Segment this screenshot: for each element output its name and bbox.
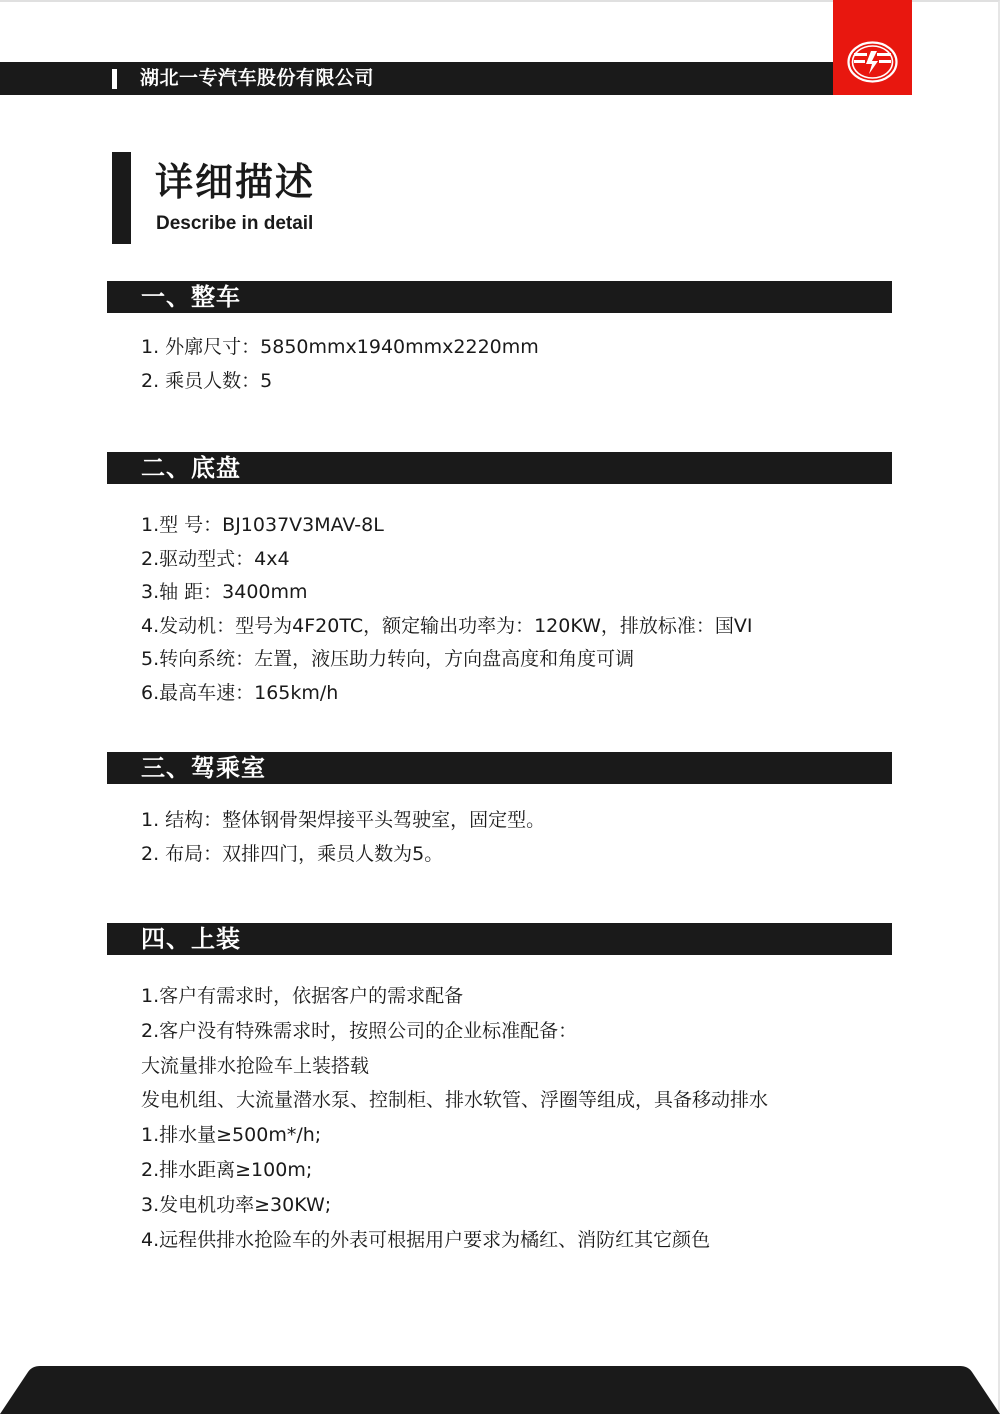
spec-line: 4.发动机：型号为4F20TC，额定输出功率为：120KW，排放标准：国VI xyxy=(141,610,753,644)
spec-line: 3.发电机功率≥30KW; xyxy=(141,1188,768,1223)
footer-band xyxy=(0,1366,1000,1414)
company-name: 湖北一专汽车股份有限公司 xyxy=(140,66,374,91)
spec-line: 6.最高车速：165km/h xyxy=(141,677,753,711)
section-body-vehicle: 1. 外廓尺寸：5850mmx1940mmx2220mm 2. 乘员人数：5 xyxy=(141,331,539,398)
spec-line: 3.轴 距：3400mm xyxy=(141,576,753,610)
spec-line: 1. 外廓尺寸：5850mmx1940mmx2220mm xyxy=(141,331,539,365)
spec-line: 大流量排水抢险车上装搭载 xyxy=(141,1049,768,1084)
spec-line: 2. 乘员人数：5 xyxy=(141,365,539,399)
spec-line: 2. 布局：双排四门，乘员人数为5。 xyxy=(141,838,545,872)
section-heading: 四、上装 xyxy=(141,923,241,955)
section-heading: 二、底盘 xyxy=(141,452,241,484)
page-title: 详细描述 xyxy=(155,158,315,206)
section-body-upper: 1.客户有需求时，依据客户的需求配备 2.客户没有特殊需求时，按照公司的企业标准… xyxy=(141,979,768,1257)
spec-line: 4.远程供排水抢险车的外表可根据用户要求为橘红、消防红其它颜色 xyxy=(141,1223,768,1258)
section-body-cab: 1. 结构：整体钢骨架焊接平头驾驶室，固定型。 2. 布局：双排四门，乘员人数为… xyxy=(141,804,545,871)
header-bar: 湖北一专汽车股份有限公司 xyxy=(0,62,833,95)
company-logo xyxy=(833,0,912,95)
spec-line: 1.型 号：BJ1037V3MAV-8L xyxy=(141,509,753,543)
section-header-chassis: 二、底盘 xyxy=(107,452,892,484)
spec-line: 2.驱动型式：4x4 xyxy=(141,543,753,577)
spec-line: 发电机组、大流量潜水泵、控制柜、排水软管、浮圈等组成，具备移动排水 xyxy=(141,1083,768,1118)
spec-line: 1.客户有需求时，依据客户的需求配备 xyxy=(141,979,768,1014)
section-heading: 三、驾乘室 xyxy=(141,752,266,784)
title-accent-bar xyxy=(112,152,131,244)
section-heading: 一、整车 xyxy=(141,281,241,313)
company-logo-icon xyxy=(847,41,898,83)
spec-line: 5.转向系统：左置，液压助力转向，方向盘高度和角度可调 xyxy=(141,643,753,677)
section-header-cab: 三、驾乘室 xyxy=(107,752,892,784)
spec-line: 2.排水距离≥100m; xyxy=(141,1153,768,1188)
header-accent-mark xyxy=(112,69,117,89)
spec-line: 1. 结构：整体钢骨架焊接平头驾驶室，固定型。 xyxy=(141,804,545,838)
section-header-vehicle: 一、整车 xyxy=(107,281,892,313)
page-subtitle: Describe in detail xyxy=(156,211,313,237)
section-body-chassis: 1.型 号：BJ1037V3MAV-8L 2.驱动型式：4x4 3.轴 距：34… xyxy=(141,509,753,710)
section-header-body: 四、上装 xyxy=(107,923,892,955)
spec-line: 1.排水量≥500m*/h; xyxy=(141,1118,768,1153)
spec-line: 2.客户没有特殊需求时，按照公司的企业标准配备： xyxy=(141,1014,768,1049)
